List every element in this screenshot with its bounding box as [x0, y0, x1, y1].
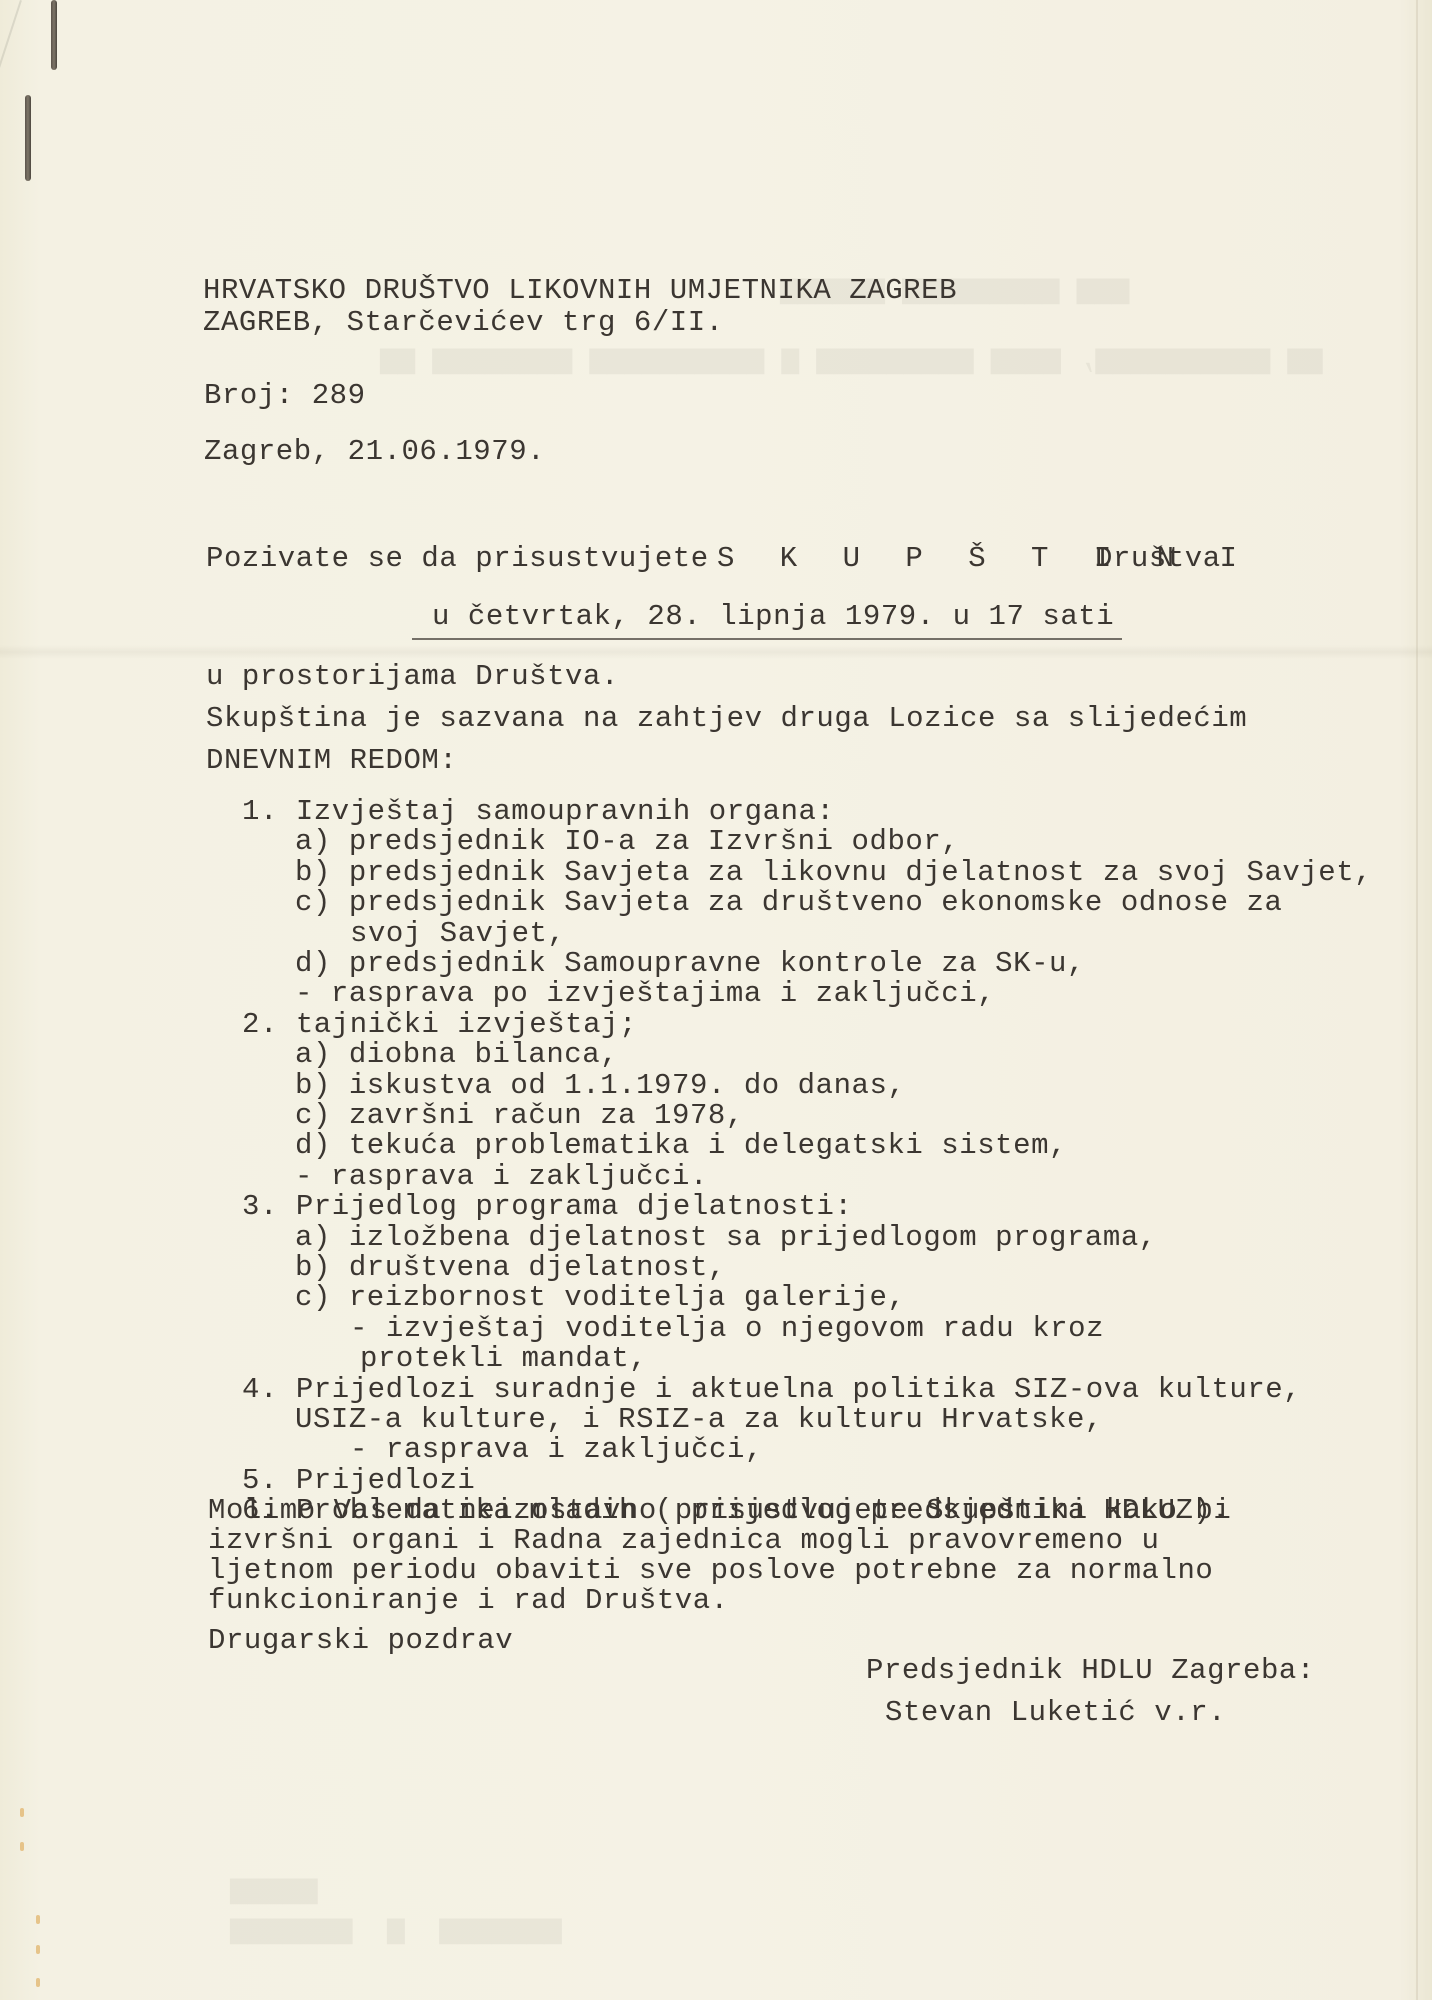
closing-line: Molimo Vas da neizostavno prisustvujete …	[208, 1496, 1231, 1526]
staple-icon	[25, 95, 31, 181]
agenda-item: - izvještaj voditelja o njegovom radu kr…	[350, 1314, 1104, 1344]
bleed-through-text: ▆▆▆▆▆	[230, 1870, 317, 1906]
paper-edge	[1416, 0, 1418, 2000]
reference-number: Broj: 289	[204, 381, 366, 411]
agenda-item: b) društvena djelatnost,	[295, 1253, 726, 1283]
agenda-item: - rasprava i zaključci,	[350, 1435, 763, 1465]
agenda-item: 5. Prijedlozi	[242, 1466, 475, 1496]
agenda-item: c) predsjednik Savjeta za društveno ekon…	[295, 888, 1282, 918]
convened-statement: Skupština je sazvana na zahtjev druga Lo…	[206, 704, 1247, 734]
agenda-item: 3. Prijedlog programa djelatnosti:	[242, 1192, 852, 1222]
bleed-through-text: ▆▆ ▆▆▆▆▆▆▆▆▆▆, ▆▆▆▆ ▆▆▆▆▆▆▆▆▆ ▆ ▆▆▆▆▆▆▆▆…	[380, 340, 1322, 376]
closing-line: ljetnom periodu obaviti sve poslove potr…	[208, 1556, 1213, 1586]
staple-icon	[51, 0, 57, 70]
signature-title: Predsjednik HDLU Zagreba:	[866, 1656, 1315, 1686]
agenda-item: a) izložbena djelatnost sa prijedlogom p…	[295, 1223, 1157, 1253]
signature-name: Stevan Luketić v.r.	[885, 1698, 1226, 1728]
salutation: Drugarski pozdrav	[208, 1626, 513, 1656]
agenda-item: c) reizbornost voditelja galerije,	[295, 1283, 905, 1313]
paper-page: ▆▆▆ ▆▆▆▆▆▆▆▆▆ ▆▆▆▆▆▆ ▆▆ ▆▆▆▆▆▆▆▆▆▆, ▆▆▆▆…	[0, 0, 1432, 2000]
agenda-item: svoj Savjet,	[350, 919, 565, 949]
rust-spot	[36, 1978, 40, 1987]
agenda-item: 4. Prijedlozi suradnje i aktuelna politi…	[242, 1375, 1301, 1405]
rust-spot	[36, 1945, 40, 1954]
agenda-item: - rasprava i zaključci.	[295, 1162, 708, 1192]
agenda-item: a) predsjednik IO-a za Izvršni odbor,	[295, 827, 959, 857]
invitation-intro: Pozivate se da prisustvujete	[206, 544, 709, 574]
agenda-item: b) predsjednik Savjeta za likovnu djelat…	[295, 858, 1372, 888]
agenda-heading: DNEVNIM REDOM:	[206, 746, 457, 776]
agenda-item: USIZ-a kulture, i RSIZ-a za kulturu Hrva…	[295, 1405, 1103, 1435]
agenda-item: d) predsjednik Samoupravne kontrole za S…	[295, 949, 1085, 979]
agenda-item: - rasprava po izvještajima i zaključci,	[295, 979, 995, 1009]
datetime-underline	[412, 638, 1122, 640]
rust-spot	[20, 1842, 24, 1851]
agenda-item: c) završni račun za 1978,	[295, 1101, 744, 1131]
agenda-item: d) tekuća problematika i delegatski sist…	[295, 1131, 1067, 1161]
meeting-location: u prostorijama Društva.	[206, 662, 619, 692]
agenda-item: 1. Izvještaj samoupravnih organa:	[242, 797, 834, 827]
rust-spot	[20, 1808, 24, 1817]
letterhead-org-name: HRVATSKO DRUŠTVO LIKOVNIH UMJETNIKA ZAGR…	[203, 276, 957, 306]
meeting-datetime: u četvrtak, 28. lipnja 1979. u 17 sati	[432, 602, 1114, 632]
agenda-item: 2. tajnički izvještaj;	[242, 1010, 637, 1040]
agenda-item: b) iskustva od 1.1.1979. do danas,	[295, 1071, 905, 1101]
bleed-through-text: ▆▆▆▆▆▆▆ ▆ ▆▆▆▆▆▆▆	[230, 1910, 562, 1946]
letterhead-address: ZAGREB, Starčevićev trg 6/II.	[203, 308, 724, 338]
closing-line: izvršni organi i Radna zajednica mogli p…	[208, 1526, 1160, 1556]
paper-crease	[0, 0, 22, 229]
paper-fold	[0, 645, 1432, 659]
rust-spot	[36, 1915, 40, 1924]
agenda-item: protekli mandat,	[360, 1344, 647, 1374]
closing-line: funkcioniranje i rad Društva.	[208, 1586, 729, 1616]
reference-place-date: Zagreb, 21.06.1979.	[204, 437, 545, 467]
agenda-item: a) diobna bilanca,	[295, 1040, 618, 1070]
society-label: Društva	[1095, 544, 1221, 574]
